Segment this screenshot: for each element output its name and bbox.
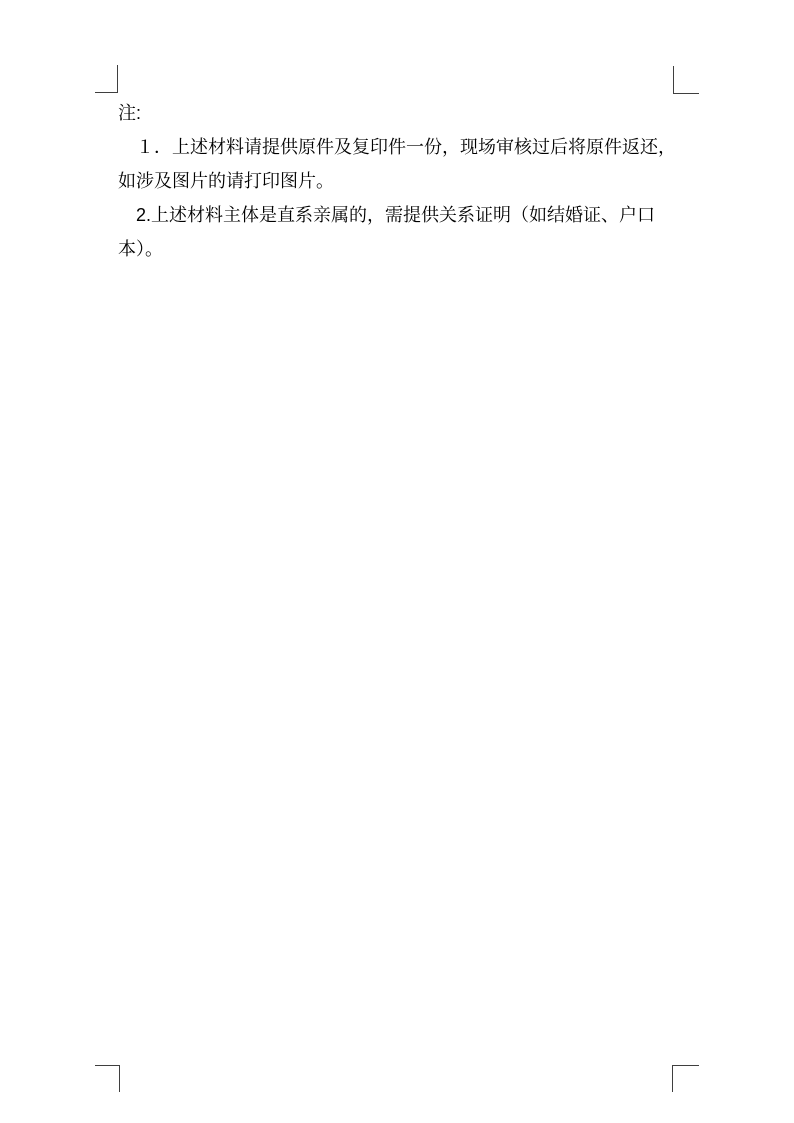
margin-mark-top-right (673, 66, 699, 94)
note-item-1-line-2: 如涉及图片的请打印图片。 (118, 164, 682, 198)
note-item-2-line-1: 2.上述材料主体是直系亲属的，需提供关系证明（如结婚证、户口 (118, 198, 682, 232)
document-page: 注: １．上述材料请提供原件及复印件一份，现场审核过后将原件返还， 如涉及图片的… (0, 0, 794, 1123)
document-text-block: 注: １．上述材料请提供原件及复印件一份，现场审核过后将原件返还， 如涉及图片的… (118, 96, 682, 266)
note-heading: 注: (118, 96, 682, 130)
margin-mark-bottom-right (672, 1065, 699, 1092)
note-item-2-line-2: 本）。 (118, 232, 682, 266)
margin-mark-top-left (95, 65, 118, 93)
note-item-1-line-1: １．上述材料请提供原件及复印件一份，现场审核过后将原件返还， (118, 130, 682, 164)
margin-mark-bottom-left (95, 1065, 120, 1092)
